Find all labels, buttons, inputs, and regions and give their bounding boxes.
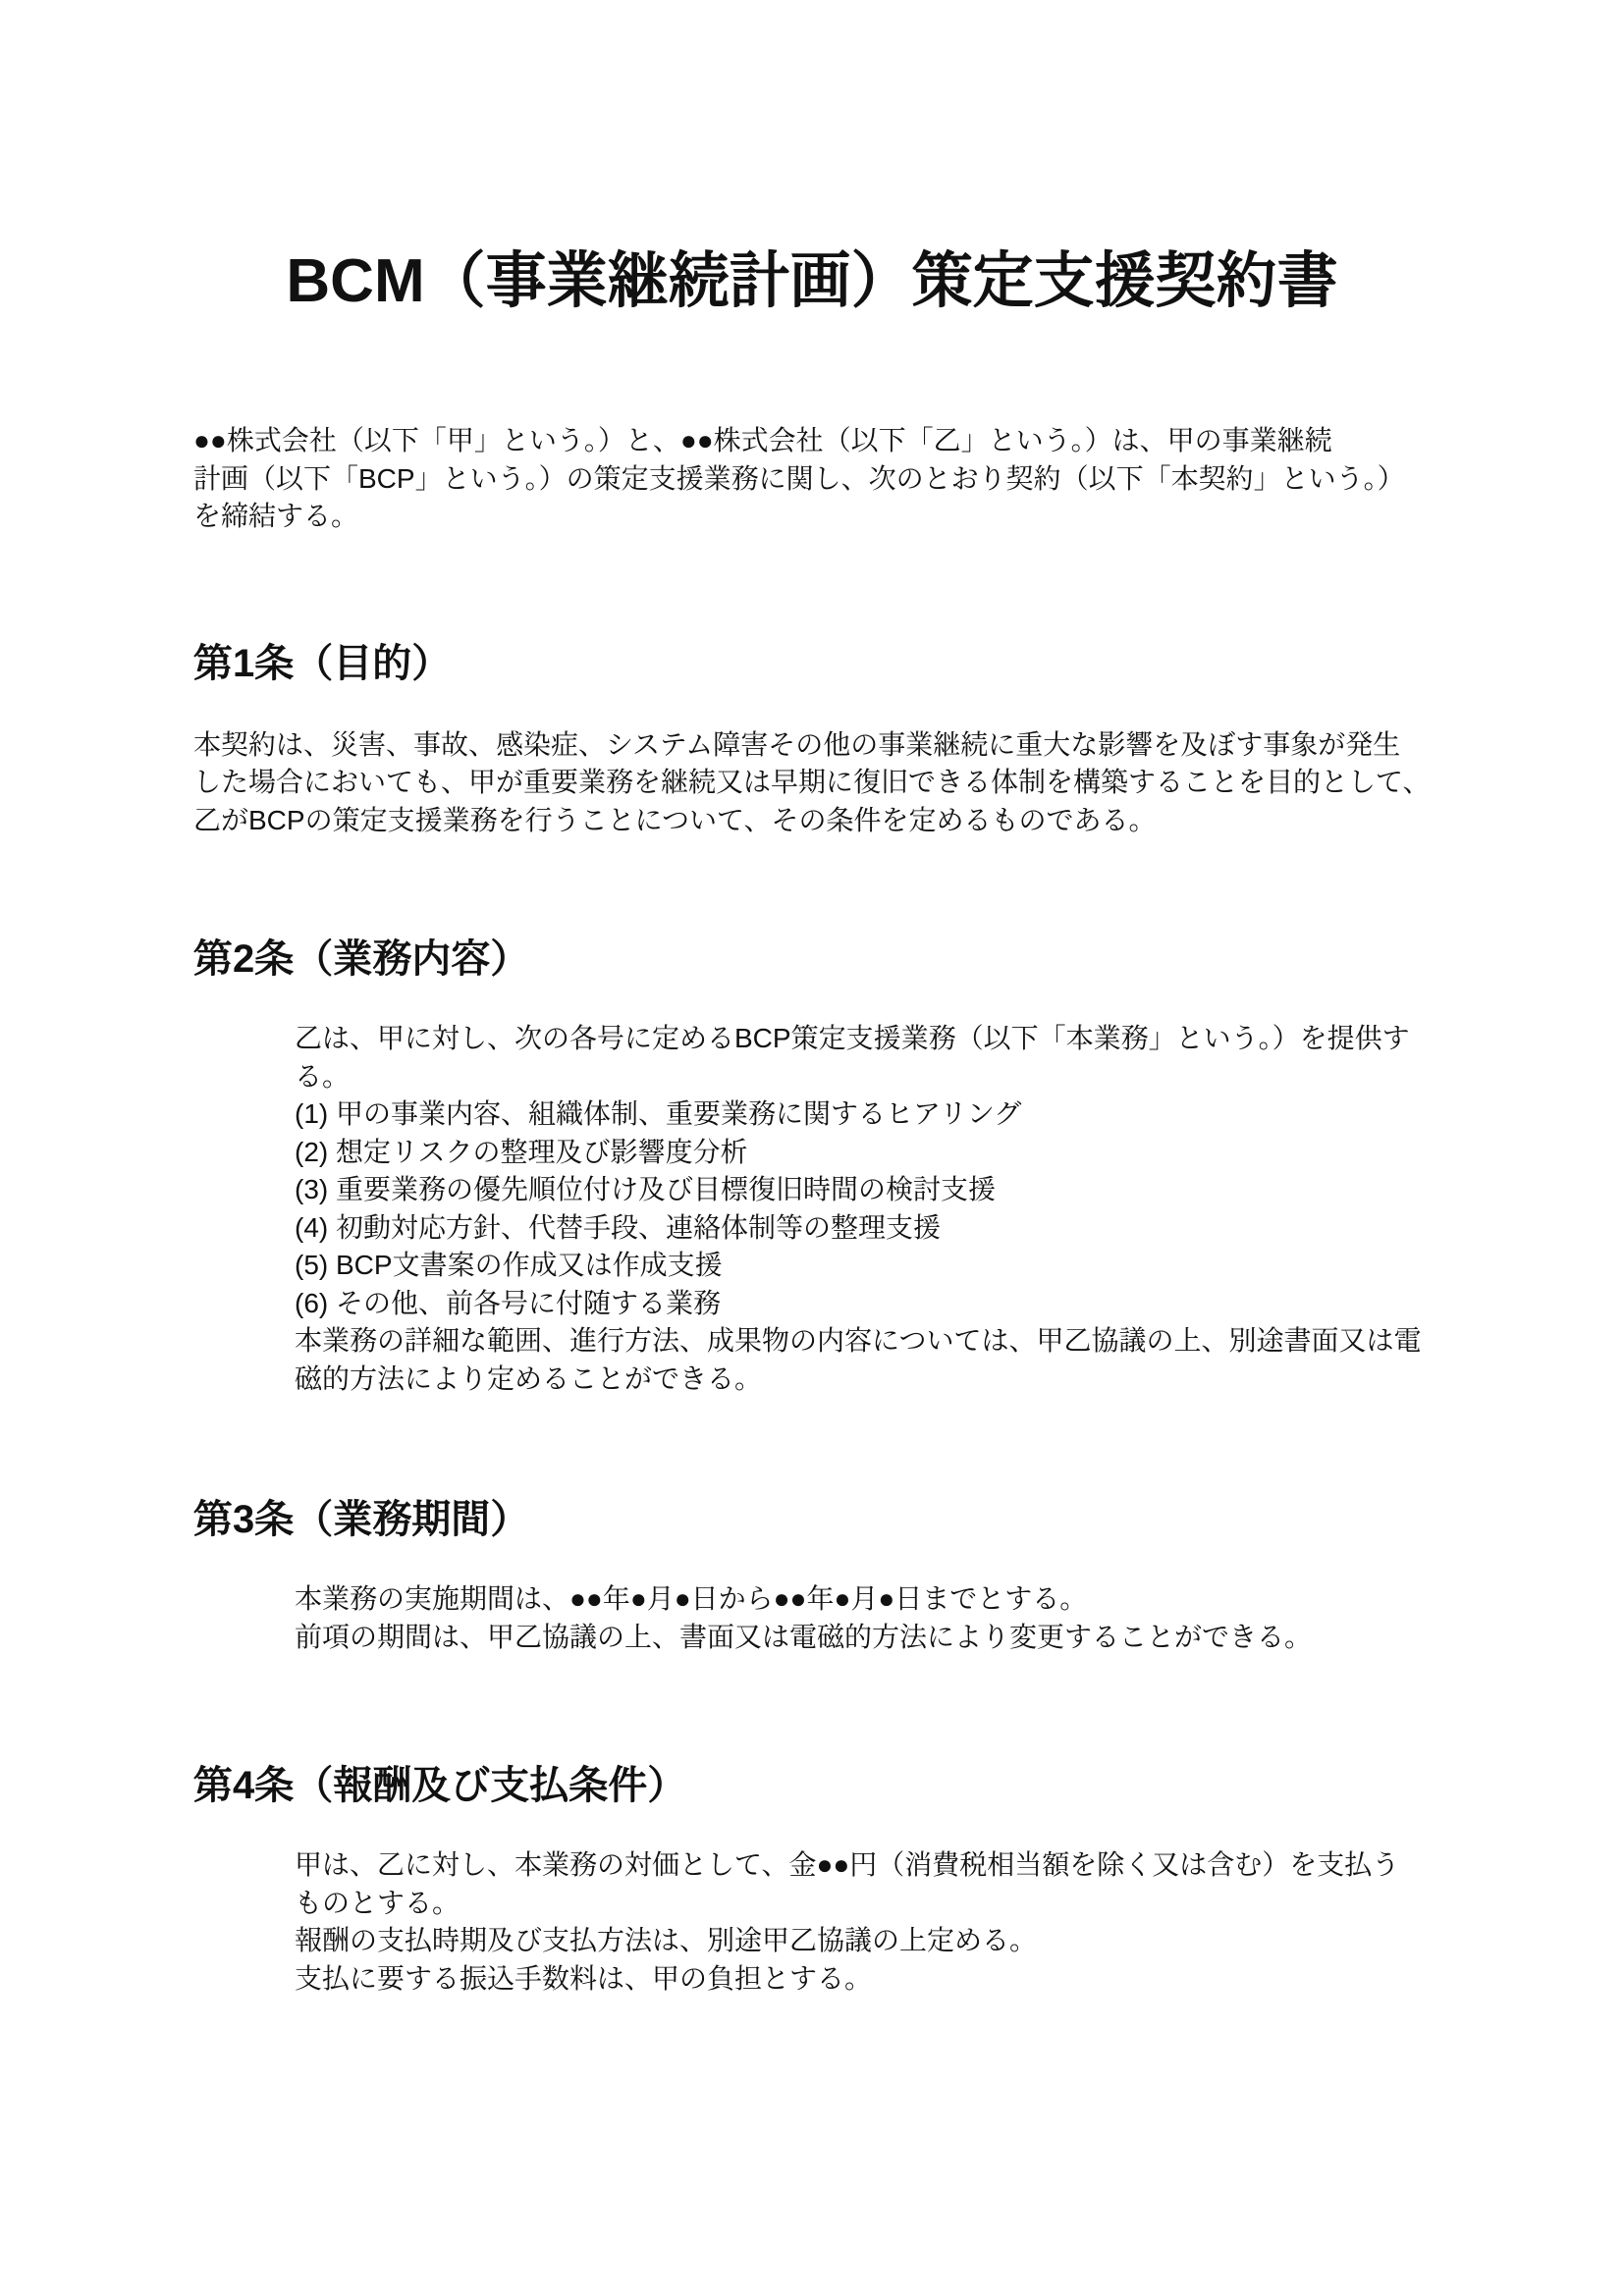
preamble-paragraph: ●●株式会社（以下「甲」という。）と、●●株式会社（以下「乙」という。）は、甲の… — [193, 422, 1431, 536]
document-title: BCM（事業継続計画）策定支援契約書 — [193, 243, 1431, 320]
article-section-4: 第4条（報酬及び支払条件） 甲は、乙に対し、本業務の対価として、金●●円（消費税… — [193, 1760, 1431, 1998]
article-2-body: 乙は、甲に対し、次の各号に定めるBCP策定支援業務（以下「本業務」という。）を提… — [295, 1020, 1431, 1398]
article-section-1: 第1条（目的） 本契約は、災害、事故、感染症、システム障害その他の事業継続に重大… — [193, 638, 1431, 840]
article-4-heading: 第4条（報酬及び支払条件） — [193, 1760, 1431, 1811]
article-1-body: 本契約は、災害、事故、感染症、システム障害その他の事業継続に重大な影響を及ぼす事… — [193, 726, 1431, 840]
article-3-body: 本業務の実施期間は、●●年●月●日から●●年●月●日までとする。 前項の期間は、… — [295, 1580, 1431, 1656]
article-section-2: 第2条（業務内容） 乙は、甲に対し、次の各号に定めるBCP策定支援業務（以下「本… — [193, 934, 1431, 1398]
contract-page: BCM（事業継続計画）策定支援契約書 ●●株式会社（以下「甲」という。）と、●●… — [0, 0, 1624, 2296]
article-2-heading: 第2条（業務内容） — [193, 934, 1431, 985]
article-3-heading: 第3条（業務期間） — [193, 1494, 1431, 1545]
article-section-3: 第3条（業務期間） 本業務の実施期間は、●●年●月●日から●●年●月●日までとす… — [193, 1494, 1431, 1656]
article-1-heading: 第1条（目的） — [193, 638, 1431, 689]
article-4-body: 甲は、乙に対し、本業務の対価として、金●●円（消費税相当額を除く又は含む）を支払… — [295, 1846, 1431, 1998]
